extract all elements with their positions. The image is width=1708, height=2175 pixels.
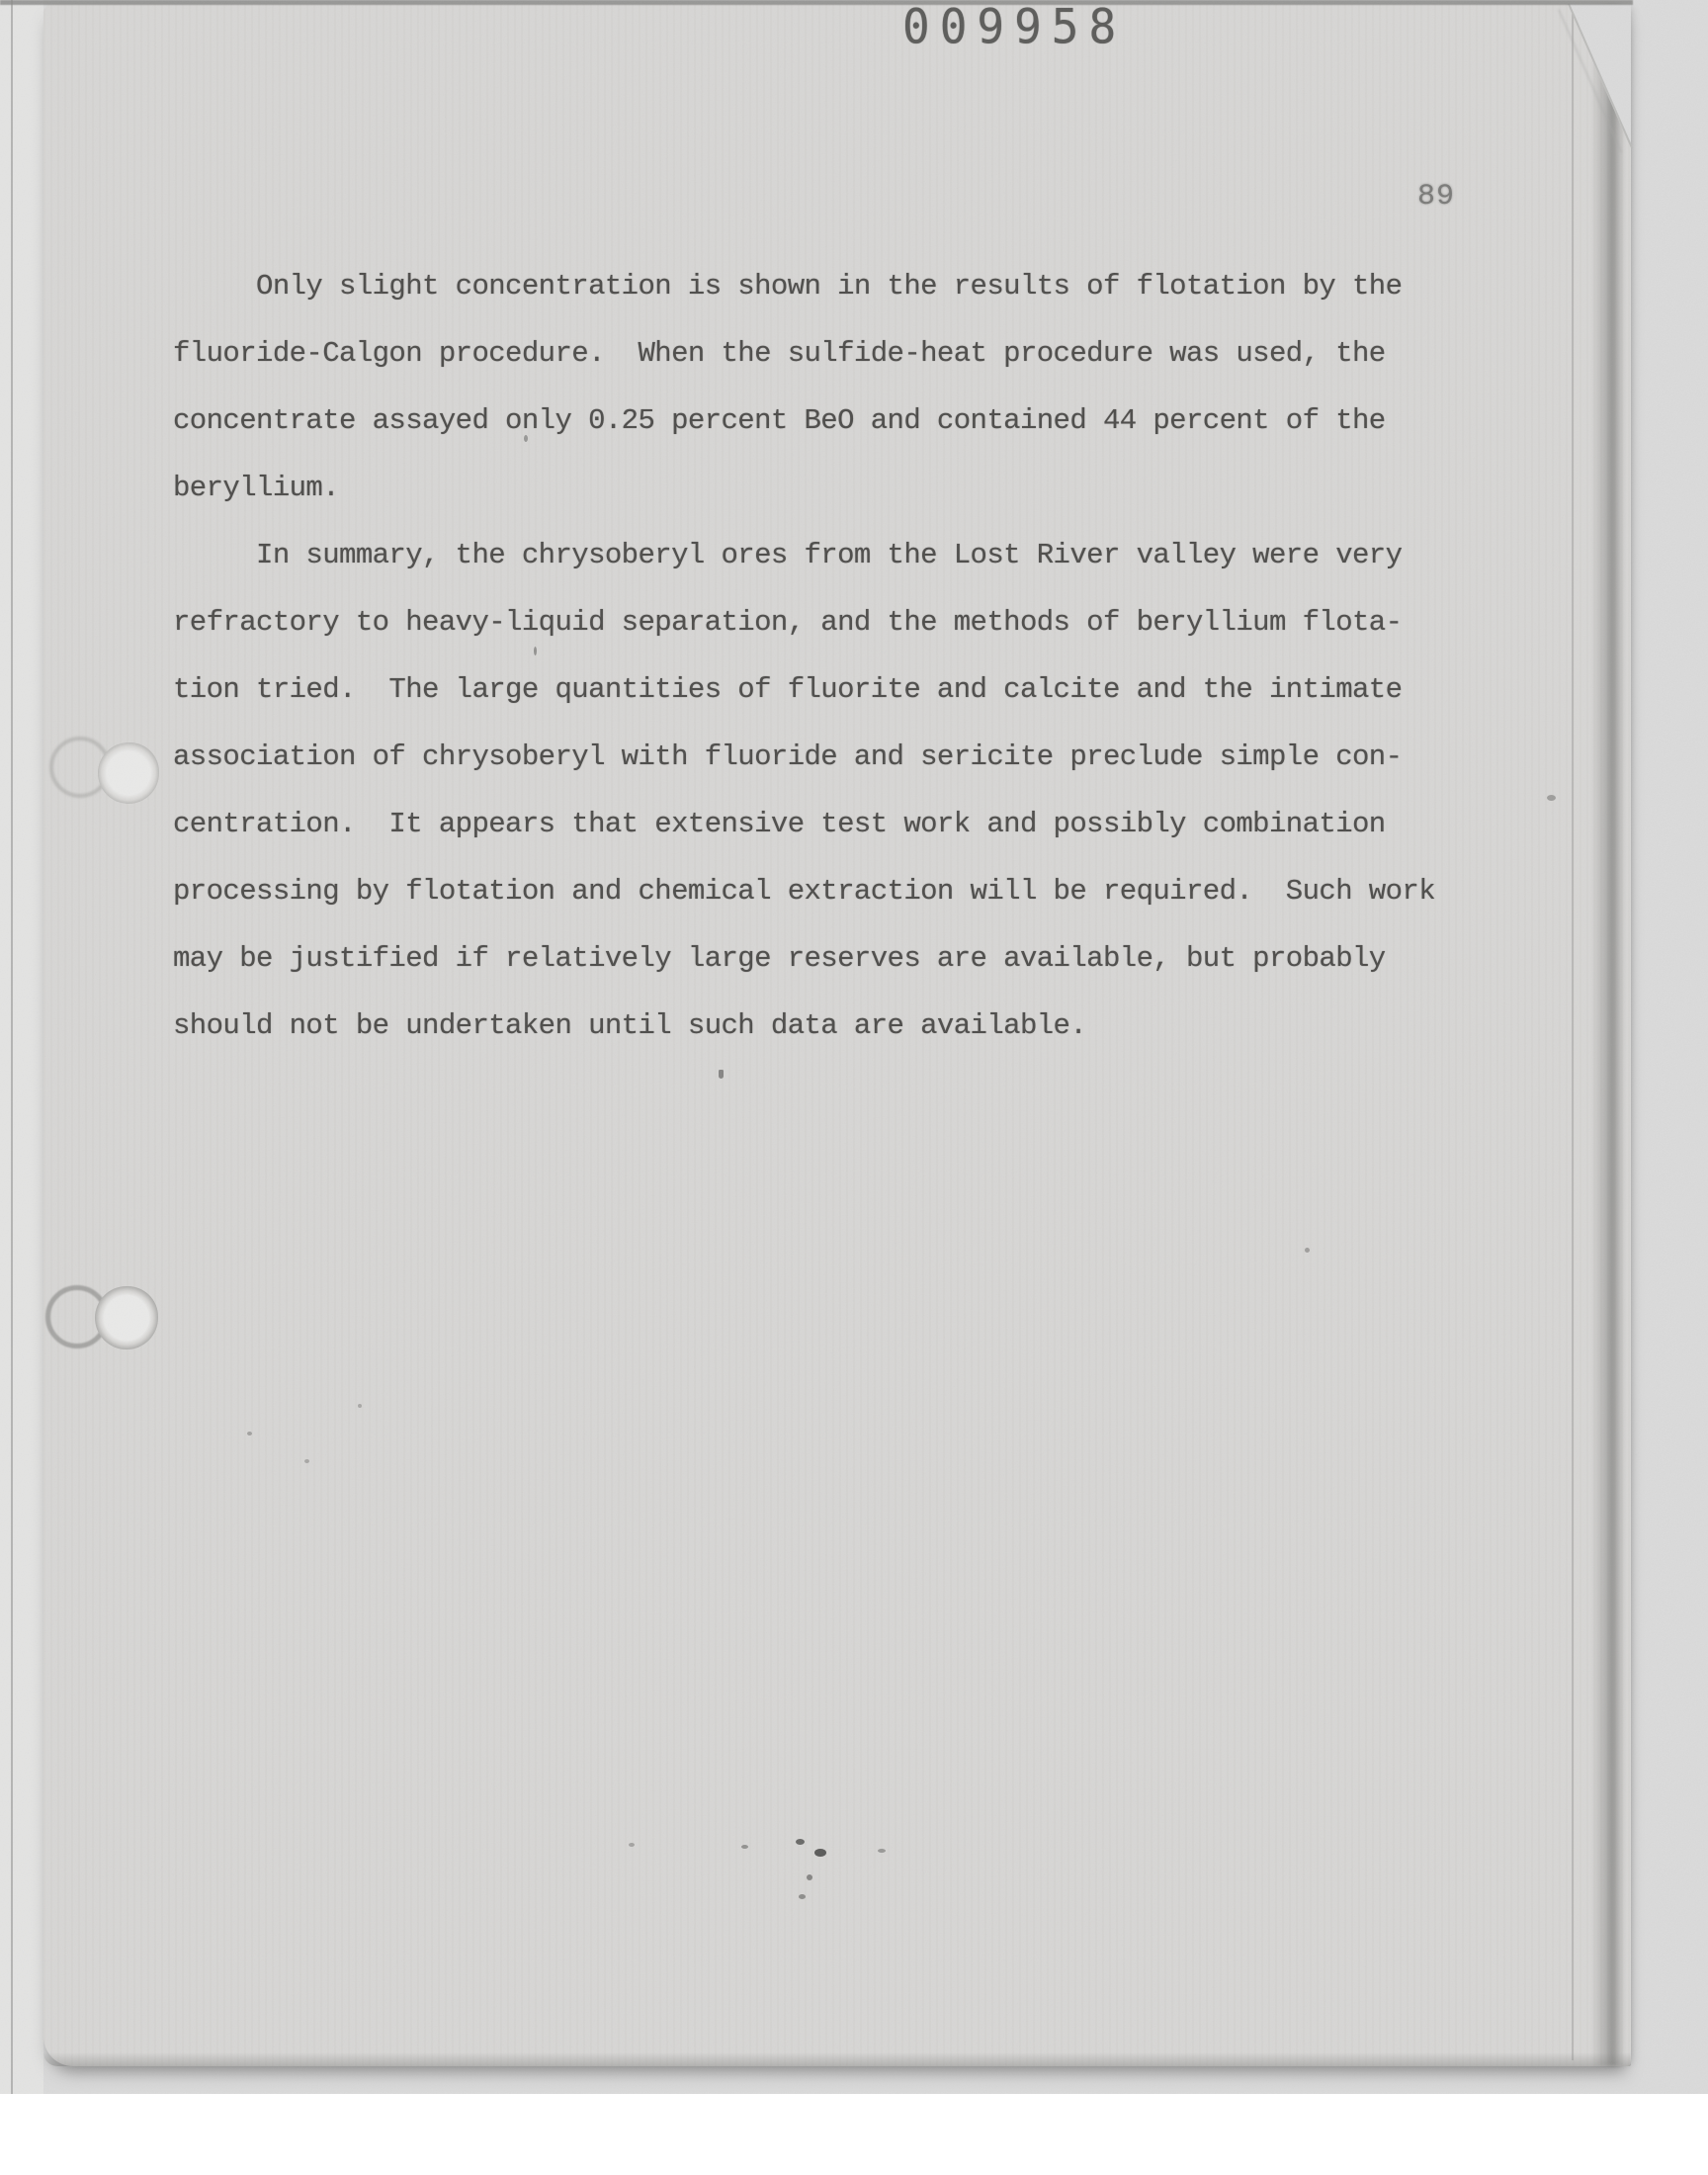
hole-punch-bottom — [95, 1286, 158, 1349]
scanned-page: 009958 89 Only slight concentration is s… — [0, 0, 1708, 2094]
text-line: Only slight concentration is shown in th… — [173, 253, 1488, 320]
scan-top-edge-band — [0, 0, 1633, 5]
scan-speck — [629, 1843, 635, 1847]
scanner-edge-line — [11, 0, 13, 2094]
page-number: 89 — [1417, 180, 1455, 214]
scan-speck — [358, 1404, 362, 1408]
scan-speck — [304, 1459, 309, 1463]
page-edge-shadow — [1591, 4, 1625, 2066]
scan-speck — [741, 1845, 748, 1849]
scan-speck — [719, 1070, 724, 1079]
scan-bottom-margin — [0, 2094, 1708, 2175]
scan-speck — [878, 1849, 886, 1853]
text-line: In summary, the chrysoberyl ores from th… — [173, 522, 1488, 589]
paper-bottom-shadow — [43, 2052, 1631, 2066]
text-line: may be justified if relatively large res… — [173, 925, 1488, 993]
scan-speck — [814, 1849, 826, 1857]
scan-speck — [247, 1432, 252, 1435]
paper-fold-line — [1572, 14, 1574, 2060]
scan-speck — [534, 647, 537, 655]
text-line: association of chrysoberyl with fluoride… — [173, 724, 1488, 791]
scanner-left-strip — [0, 0, 43, 2094]
scan-speck — [1305, 1248, 1310, 1253]
scan-speck — [807, 1874, 812, 1880]
paper-sheet: 009958 89 Only slight concentration is s… — [43, 4, 1631, 2066]
scan-speck — [524, 435, 528, 442]
text-line: refractory to heavy-liquid separation, a… — [173, 589, 1488, 656]
text-line: fluoride-Calgon procedure. When the sulf… — [173, 320, 1488, 388]
body-text: Only slight concentration is shown in th… — [173, 253, 1488, 1060]
text-line: concentrate assayed only 0.25 percent Be… — [173, 388, 1488, 455]
text-line: should not be undertaken until such data… — [173, 993, 1488, 1060]
scan-speck — [799, 1894, 806, 1899]
scan-speck — [796, 1839, 805, 1845]
scan-speck — [1547, 795, 1556, 801]
text-line: centration. It appears that extensive te… — [173, 791, 1488, 858]
text-line: processing by flotation and chemical ext… — [173, 858, 1488, 925]
text-line: tion tried. The large quantities of fluo… — [173, 656, 1488, 724]
text-line: beryllium. — [173, 455, 1488, 522]
hole-punch-top — [98, 742, 159, 804]
document-stamp-number: 009958 — [902, 0, 1126, 54]
